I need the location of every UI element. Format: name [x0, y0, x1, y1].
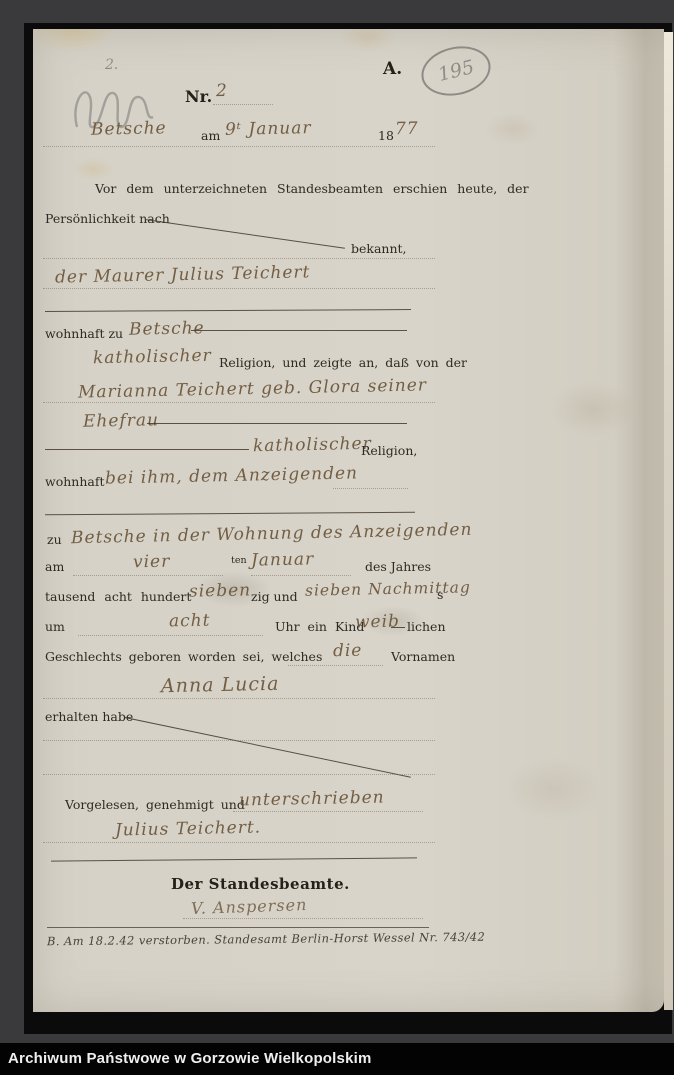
closing-hand: unterschrieben	[239, 787, 385, 810]
article-value: die	[333, 641, 363, 662]
time-value: sieben Nachmittag	[305, 578, 471, 599]
declarant-signature: Julius Teichert.	[115, 817, 262, 840]
uhr-ein-kind-label: Uhr ein Kind	[275, 619, 364, 634]
hour-value: acht	[169, 611, 211, 632]
ruling-line	[73, 574, 223, 576]
religion2-printed: Religion,	[361, 443, 417, 458]
mother-name: Marianna Teichert geb. Glora seiner	[78, 375, 427, 402]
am-label: am	[201, 128, 220, 143]
bekannt-label: bekannt,	[351, 241, 407, 256]
ruling-line	[43, 287, 435, 289]
ink-line	[45, 309, 411, 312]
intro-line: Vor dem unterzeichneten Standesbeamten e…	[95, 181, 529, 196]
birth-day-value: vier	[133, 552, 171, 573]
ink-stroke	[145, 219, 345, 249]
ink-line	[47, 927, 429, 928]
zu-label: zu	[47, 532, 62, 547]
tausend-label: tausend acht hundert	[45, 589, 191, 604]
circled-number-value: 195	[436, 56, 477, 86]
birth-month-value: Januar	[251, 549, 315, 570]
religion2-value: katholischer	[253, 434, 372, 456]
birthplace-value: Betsche in der Wohnung des Anzeigenden	[71, 520, 473, 548]
registrar-signature: V. Anspersen	[191, 895, 308, 918]
um-label: um	[45, 619, 65, 634]
nr-label: Nr.	[185, 87, 212, 106]
erhalten-habe-label: erhalten habe	[45, 709, 133, 724]
vornamen-label: Vornamen	[391, 649, 455, 664]
archive-caption: Archiwum Państwowe w Gorzowie Wielkopols…	[8, 1050, 372, 1067]
ink-stroke	[125, 717, 411, 778]
ruling-line	[288, 664, 383, 666]
ruling-line	[251, 574, 351, 576]
des-jahres-label: des Jahres	[365, 559, 431, 574]
religion1-printed: Religion, und zeigte an, daß von der	[219, 355, 467, 370]
archive-caption-bar: Archiwum Państwowe w Gorzowie Wielkopols…	[0, 1043, 674, 1075]
closing-printed: Vorgelesen, genehmigt und	[65, 797, 245, 812]
next-page-edge	[664, 32, 673, 1010]
ten-suffix: ten	[231, 555, 247, 566]
ruling-line	[333, 487, 408, 489]
religion1-value: katholischer	[93, 346, 212, 368]
registration-place: Betsche	[91, 118, 167, 140]
ink-line	[51, 857, 417, 861]
corner-letter: A.	[383, 59, 402, 79]
am2-label: am	[45, 559, 64, 574]
ink-line	[191, 330, 407, 331]
decade-value: sieben	[189, 580, 252, 601]
ruling-line	[183, 917, 423, 919]
year-printed: 18	[378, 128, 394, 143]
ruling-line	[43, 697, 435, 699]
ink-line	[45, 449, 249, 450]
ruling-line	[43, 841, 435, 843]
ruling-line	[43, 145, 435, 147]
pencil-number: 2.	[105, 57, 118, 73]
pencil-circled-number: 195	[417, 41, 494, 100]
nr-value: 2	[216, 81, 228, 101]
ruling-line	[78, 634, 263, 636]
year-value: 77	[395, 119, 419, 139]
ruling-line	[43, 257, 435, 259]
ehefrau-value: Ehefrau	[83, 410, 159, 432]
gender-value: weib	[355, 612, 400, 633]
ruling-line	[213, 103, 273, 105]
marginal-note: B. Am 18.2.42 verstorben. Standesamt Ber…	[47, 930, 485, 949]
ink-line	[45, 512, 415, 516]
registrar-title: Der Standesbeamte.	[171, 875, 350, 893]
persoenlichkeit-label: Persönlichkeit nach	[45, 211, 170, 226]
ruling-line	[43, 739, 435, 741]
geschlechts-line: Geschlechts geboren worden sei, welches	[45, 649, 322, 664]
registration-date: 9ᵗ Januar	[225, 118, 312, 140]
child-name: Anna Lucia	[161, 673, 280, 697]
lichen-label: lichen	[407, 619, 446, 634]
ruling-line	[43, 773, 435, 775]
ink-stroke	[391, 627, 405, 628]
s-suffix: s	[437, 587, 443, 602]
residence-value: Betsche	[129, 318, 205, 340]
declarant-name: der Maurer Julius Teichert	[55, 262, 311, 287]
ink-line	[147, 423, 407, 424]
wohnhaft-label: wohnhaft	[45, 474, 104, 489]
ruling-line	[43, 401, 435, 403]
document-page: 2. Nr. 2 A. 195 Betsche am 9ᵗ Januar 18 …	[33, 29, 664, 1012]
zig-und-label: zig und	[251, 589, 298, 604]
wohnhaft-zu-label: wohnhaft zu	[45, 326, 123, 341]
wohnhaft-value: bei ihm, dem Anzeigenden	[105, 463, 358, 488]
ruling-line	[233, 810, 423, 812]
